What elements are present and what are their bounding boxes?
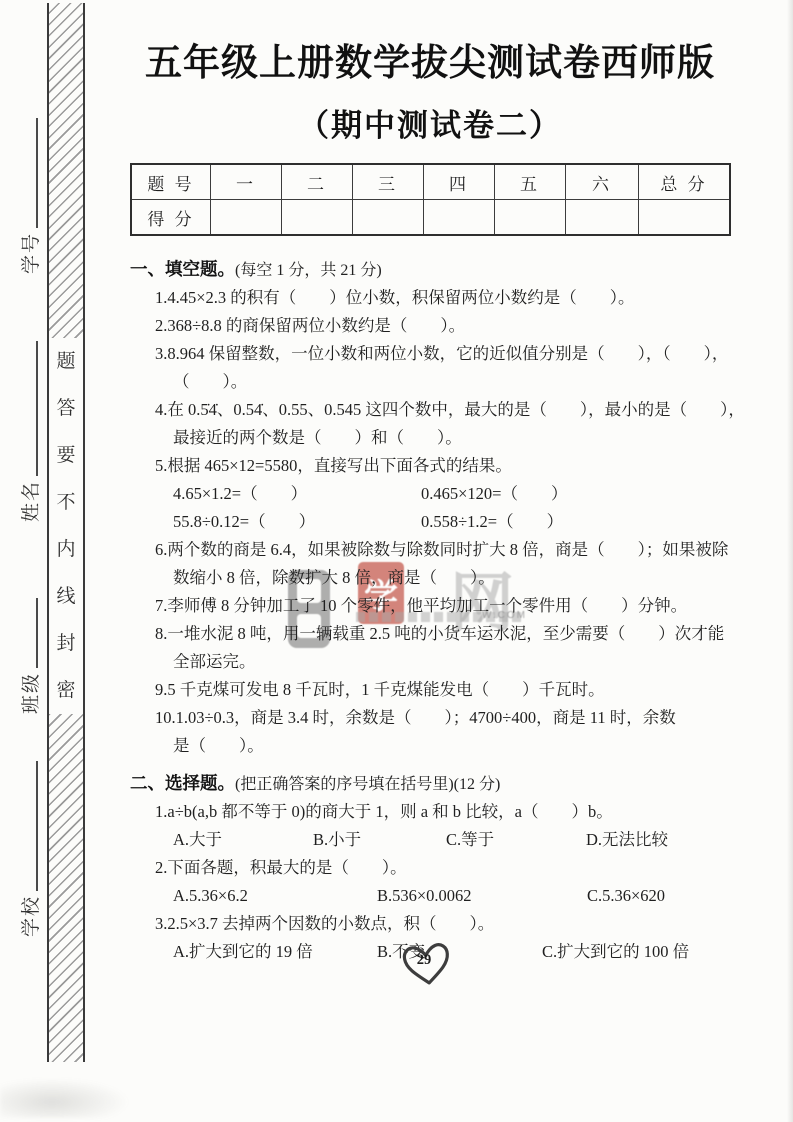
school-blank-line [22, 761, 38, 891]
question-line: 数缩小 8 倍，除数扩大 8 倍，商是（ ）。 [130, 564, 770, 592]
seal-char: 要 [49, 432, 83, 479]
score-header-cell: 四 [424, 164, 495, 200]
score-empty-cell [566, 200, 639, 236]
score-header-cell: 总 分 [639, 164, 731, 200]
score-label-cell: 得 分 [131, 200, 211, 236]
school-text: 学校 [16, 895, 43, 937]
page-number: 29 [412, 952, 436, 969]
score-empty-cell [211, 200, 282, 236]
school-label: 学校 [16, 761, 43, 937]
option-c: C.5.36×620 [587, 882, 665, 910]
section2-heading: 二、选择题。(把正确答案的序号填在括号里)(12 分) [130, 768, 770, 798]
option-a: A.5.36×6.2 [173, 882, 377, 910]
class-text: 班级 [16, 672, 43, 714]
section1-title: 一、填空题。 [130, 259, 235, 279]
score-table-header-row: 题 号 一 二 三 四 五 六 总 分 [131, 164, 730, 200]
option-a: A.大于 [173, 826, 313, 854]
name-label: 姓名 [16, 341, 43, 522]
question-line: 4.在 0.5̇4̇、0.54̇、0.55、0.545 这四个数中，最大的是（ … [130, 396, 770, 424]
question-line: 1.a÷b(a,b 都不等于 0)的商大于 1，则 a 和 b 比较，a（ ）b… [130, 798, 770, 826]
option-c: C.等于 [446, 826, 586, 854]
question-line: 7.李师傅 8 分钟加工了 10 个零件，他平均加工一个零件用（ ）分钟。 [130, 592, 770, 620]
expression: 4.65×1.2=（ ） [173, 480, 421, 508]
paper-content: 五年级上册数学拔尖测试卷西师版 （期中测试卷二） 题 号 一 二 三 四 五 六… [130, 26, 770, 966]
seal-char: 答 [49, 385, 83, 432]
seal-line-text: 题 答 要 不 内 线 封 密 [49, 338, 83, 714]
question-line: 2.368÷8.8 的商保留两位小数约是（ ）。 [130, 312, 770, 340]
section2-note: (把正确答案的序号填在括号里)(12 分) [235, 776, 500, 793]
question-line: 最接近的两个数是（ ）和（ ）。 [130, 424, 770, 452]
class-label: 班级 [16, 598, 43, 714]
choice-options-row: A.5.36×6.2 B.536×0.0062 C.5.36×620 [130, 882, 770, 910]
option-b: B.小于 [313, 826, 446, 854]
seal-char: 题 [49, 338, 83, 385]
choice-options-row: A.大于 B.小于 C.等于 D.无法比较 [130, 826, 770, 854]
score-empty-cell [282, 200, 353, 236]
score-header-cell: 题 号 [131, 164, 211, 200]
score-header-cell: 六 [566, 164, 639, 200]
option-d: D.无法比较 [586, 826, 668, 854]
option-c: C.扩大到它的 100 倍 [542, 938, 689, 966]
score-empty-cell [424, 200, 495, 236]
seal-char: 密 [49, 667, 83, 714]
seal-char: 内 [49, 526, 83, 573]
expression: 55.8÷0.12=（ ） [173, 508, 421, 536]
question-line: 10.1.03÷0.3，商是 3.4 时，余数是（ ）；4700÷400，商是 … [130, 704, 770, 732]
question-line: 5.根据 465×12=5580，直接写出下面各式的结果。 [130, 452, 770, 480]
score-header-cell: 五 [495, 164, 566, 200]
seal-char: 线 [49, 573, 83, 620]
question-line: 2.下面各题，积最大的是（ ）。 [130, 854, 770, 882]
score-header-cell: 一 [211, 164, 282, 200]
question-line: 9.5 千克煤可发电 8 千瓦时，1 千克煤能发电（ ）千瓦时。 [130, 676, 770, 704]
option-a: A.扩大到它的 19 倍 [173, 938, 377, 966]
question-line: 1.4.45×2.3 的积有（ ）位小数，积保留两位小数约是（ ）。 [130, 284, 770, 312]
question-line: 55.8÷0.12=（ ）0.558÷1.2=（ ） [130, 508, 770, 536]
name-text: 姓名 [16, 480, 43, 522]
page-number-badge: 29 [401, 941, 459, 993]
page-title: 五年级上册数学拔尖测试卷西师版 [130, 32, 730, 86]
section1-note: (每空 1 分，共 21 分) [235, 262, 382, 279]
expression: 0.558÷1.2=（ ） [421, 512, 563, 531]
question-line: 4.65×1.2=（ ）0.465×120=（ ） [130, 480, 770, 508]
section1-heading: 一、填空题。(每空 1 分，共 21 分) [130, 254, 770, 284]
option-b: B.536×0.0062 [377, 882, 587, 910]
exam-page: 学号 姓名 班级 学校 题 答 要 不 内 线 封 密 学 网 W.COM 五年… [0, 0, 793, 1122]
student-number-text: 学号 [16, 232, 43, 274]
question-line: 是（ ）。 [130, 732, 770, 760]
page-subtitle: （期中测试卷二） [130, 100, 730, 145]
section2-title: 二、选择题。 [130, 773, 235, 793]
question-line: 全部运完。 [130, 648, 770, 676]
question-line: （ ）。 [130, 368, 770, 396]
score-table-score-row: 得 分 [131, 200, 730, 236]
score-empty-cell [353, 200, 424, 236]
name-blank-line [22, 341, 38, 476]
score-table: 题 号 一 二 三 四 五 六 总 分 得 分 [130, 163, 731, 236]
seal-char: 不 [49, 479, 83, 526]
scan-edge-shadow [787, 0, 793, 1122]
question-line: 8.一堆水泥 8 吨，用一辆载重 2.5 吨的小货车运水泥，至少需要（ ）次才能 [130, 620, 770, 648]
question-line: 3.8.964 保留整数，一位小数和两位小数，它的近似值分别是（ ），（ ）， [130, 340, 770, 368]
score-header-cell: 二 [282, 164, 353, 200]
student-number-label: 学号 [16, 118, 43, 274]
expression: 0.465×120=（ ） [421, 484, 568, 503]
score-empty-cell [639, 200, 731, 236]
student-number-blank-line [22, 118, 38, 228]
class-blank-line [22, 598, 38, 668]
score-header-cell: 三 [353, 164, 424, 200]
scan-smudge [0, 1078, 130, 1118]
score-empty-cell [495, 200, 566, 236]
seal-char: 封 [49, 620, 83, 667]
question-line: 6.两个数的商是 6.4，如果被除数与除数同时扩大 8 倍，商是（ ）；如果被除 [130, 536, 770, 564]
question-line: 3.2.5×3.7 去掉两个因数的小数点，积（ ）。 [130, 910, 770, 938]
